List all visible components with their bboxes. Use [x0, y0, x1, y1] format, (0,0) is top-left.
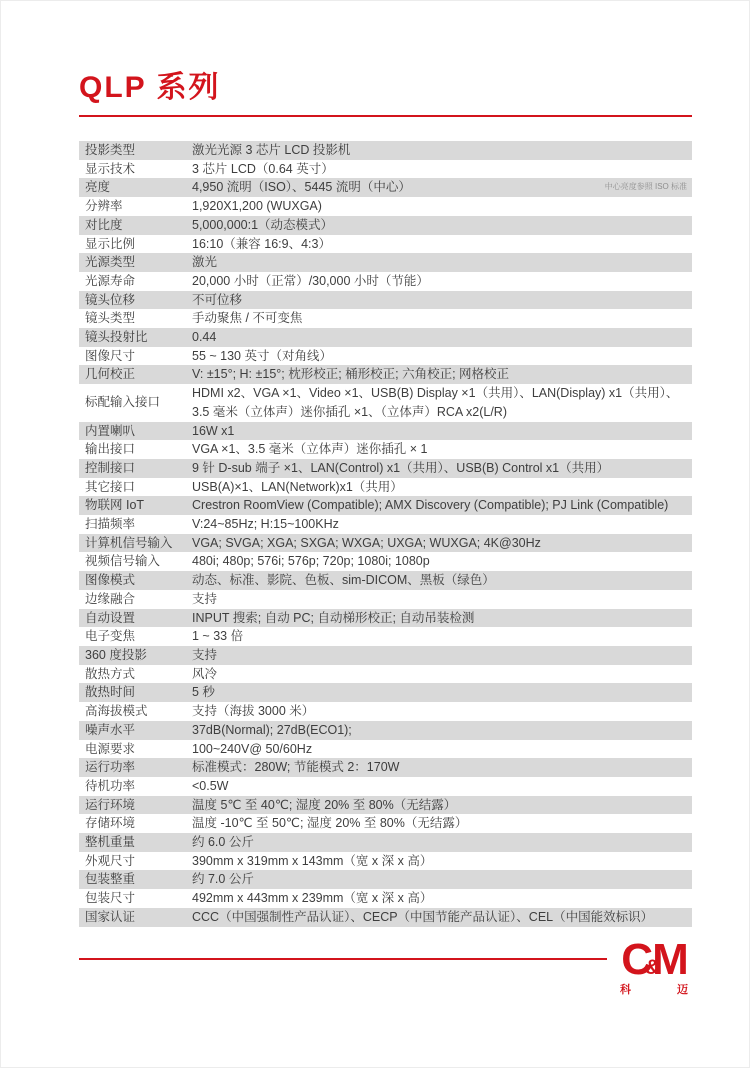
spec-row-label: 内置喇叭	[79, 422, 192, 441]
spec-table-row: 其它接口 USB(A)×1、LAN(Network)x1（共用）	[79, 478, 692, 497]
spec-table-row: 图像尺寸 55 ~ 130 英寸（对角线）	[79, 347, 692, 366]
spec-row-label: 360 度投影	[79, 646, 192, 665]
page-title: QLP 系列	[79, 73, 692, 103]
spec-row-label: 整机重量	[79, 833, 192, 852]
spec-table-row: 电子变焦 1 ~ 33 倍	[79, 627, 692, 646]
spec-row-label: 亮度	[79, 178, 192, 197]
footer: C & M 科 迈	[79, 936, 692, 997]
spec-table-row: 自动设置 INPUT 搜索; 自动 PC; 自动梯形校正; 自动吊装检测	[79, 609, 692, 628]
spec-row-value: 16W x1	[192, 422, 692, 441]
spec-row-value: 5 秒	[192, 683, 692, 702]
spec-table-row: 标配输入接口 HDMI x2、VGA ×1、Video ×1、USB(B) Di…	[79, 384, 692, 421]
spec-row-label: 运行功率	[79, 758, 192, 777]
spec-row-value: 16:10（兼容 16:9、4:3）	[192, 235, 692, 254]
spec-row-value: 温度 5℃ 至 40℃; 湿度 20% 至 80%（无结露）	[192, 796, 692, 815]
spec-row-value: 风冷	[192, 665, 692, 684]
spec-row-label: 控制接口	[79, 459, 192, 478]
spec-table-row: 控制接口 9 针 D-sub 端子 ×1、LAN(Control) x1（共用）…	[79, 459, 692, 478]
spec-row-label: 自动设置	[79, 609, 192, 628]
spec-row-value: 492mm x 443mm x 239mm（宽 x 深 x 高）	[192, 889, 692, 908]
spec-table-row: 几何校正 V: ±15°; H: ±15°; 枕形校正; 桶形校正; 六角校正;…	[79, 365, 692, 384]
spec-row-value: 3 芯片 LCD（0.64 英寸）	[192, 160, 692, 179]
brand-logo: C & M 科 迈	[616, 936, 692, 997]
spec-table-row: 运行功率 标准模式：280W; 节能模式 2：170W	[79, 758, 692, 777]
spec-table-row: 亮度 4,950 流明（ISO）、5445 流明（中心） 中心亮度参照 ISO …	[79, 178, 692, 197]
spec-row-value: 不可位移	[192, 291, 692, 310]
spec-row-value: 1 ~ 33 倍	[192, 627, 692, 646]
spec-table-row: 高海拔模式 支持（海拔 3000 米）	[79, 702, 692, 721]
spec-table-row: 整机重量 约 6.0 公斤	[79, 833, 692, 852]
spec-table-row: 图像模式 动态、标准、影院、色板、sim-DICOM、黑板（绿色）	[79, 571, 692, 590]
spec-row-value: 约 7.0 公斤	[192, 870, 692, 889]
spec-table-row: 显示技术 3 芯片 LCD（0.64 英寸）	[79, 160, 692, 179]
spec-row-value: HDMI x2、VGA ×1、Video ×1、USB(B) Display ×…	[192, 384, 692, 421]
title-divider	[79, 115, 692, 117]
spec-row-value: 激光光源 3 芯片 LCD 投影机	[192, 141, 692, 160]
spec-row-value: V: ±15°; H: ±15°; 枕形校正; 桶形校正; 六角校正; 网格校正	[192, 365, 692, 384]
spec-row-value: 100~240V@ 50/60Hz	[192, 740, 692, 759]
spec-row-value: INPUT 搜索; 自动 PC; 自动梯形校正; 自动吊装检测	[192, 609, 692, 628]
spec-table-row: 待机功率 <0.5W	[79, 777, 692, 796]
spec-row-label: 光源类型	[79, 253, 192, 272]
spec-table-row: 噪声水平 37dB(Normal); 27dB(ECO1);	[79, 721, 692, 740]
spec-row-label: 包装整重	[79, 870, 192, 889]
spec-table-row: 物联网 IoT Crestron RoomView (Compatible); …	[79, 496, 692, 515]
spec-table-row: 对比度 5,000,000:1（动态模式）	[79, 216, 692, 235]
spec-table-row: 镜头投射比 0.44	[79, 328, 692, 347]
spec-row-label: 高海拔模式	[79, 702, 192, 721]
spec-row-value: 约 6.0 公斤	[192, 833, 692, 852]
spec-row-label: 显示技术	[79, 160, 192, 179]
spec-row-label: 镜头类型	[79, 309, 192, 328]
spec-table-row: 包装整重 约 7.0 公斤	[79, 870, 692, 889]
spec-row-label: 显示比例	[79, 235, 192, 254]
spec-table: 投影类型 激光光源 3 芯片 LCD 投影机 显示技术 3 芯片 LCD（0.6…	[79, 141, 692, 927]
spec-row-label: 外观尺寸	[79, 852, 192, 871]
spec-row-label: 视频信号输入	[79, 552, 192, 571]
spec-table-row: 镜头位移 不可位移	[79, 291, 692, 310]
logo-sub-left: 科	[620, 981, 631, 997]
spec-table-row: 光源寿命 20,000 小时（正常）/30,000 小时（节能）	[79, 272, 692, 291]
spec-row-value: <0.5W	[192, 777, 692, 796]
content-area: QLP 系列 投影类型 激光光源 3 芯片 LCD 投影机 显示技术 3 芯片 …	[79, 0, 692, 927]
spec-row-value: 激光	[192, 253, 692, 272]
spec-row-label: 物联网 IoT	[79, 496, 192, 515]
logo-sub-right: 迈	[677, 981, 688, 997]
spec-row-value: 动态、标准、影院、色板、sim-DICOM、黑板（绿色）	[192, 571, 692, 590]
spec-row-label: 散热方式	[79, 665, 192, 684]
spec-row-label: 图像模式	[79, 571, 192, 590]
spec-row-label: 包装尺寸	[79, 889, 192, 908]
spec-row-value: VGA; SVGA; XGA; SXGA; WXGA; UXGA; WUXGA;…	[192, 534, 692, 553]
spec-row-note: 中心亮度参照 ISO 标准	[605, 178, 692, 197]
spec-row-value: CCC（中国强制性产品认证）、CECP（中国节能产品认证）、CEL（中国能效标识…	[192, 908, 692, 927]
spec-row-value: 37dB(Normal); 27dB(ECO1);	[192, 721, 692, 740]
spec-table-row: 输出接口 VGA ×1、3.5 毫米（立体声）迷你插孔 × 1	[79, 440, 692, 459]
spec-table-row: 边缘融合 支持	[79, 590, 692, 609]
spec-row-label: 散热时间	[79, 683, 192, 702]
spec-row-label: 运行环境	[79, 796, 192, 815]
spec-table-row: 显示比例 16:10（兼容 16:9、4:3）	[79, 235, 692, 254]
spec-table-row: 存储环境 温度 -10℃ 至 50℃; 湿度 20% 至 80%（无结露）	[79, 814, 692, 833]
spec-row-value: 480i; 480p; 576i; 576p; 720p; 1080i; 108…	[192, 552, 692, 571]
spec-row-label: 输出接口	[79, 440, 192, 459]
spec-table-row: 散热方式 风冷	[79, 665, 692, 684]
spec-table-row: 视频信号输入 480i; 480p; 576i; 576p; 720p; 108…	[79, 552, 692, 571]
spec-table-row: 镜头类型 手动聚焦 / 不可变焦	[79, 309, 692, 328]
spec-row-value: 温度 -10℃ 至 50℃; 湿度 20% 至 80%（无结露）	[192, 814, 692, 833]
spec-table-row: 投影类型 激光光源 3 芯片 LCD 投影机	[79, 141, 692, 160]
logo-ampersand: &	[645, 959, 658, 978]
spec-row-label: 电子变焦	[79, 627, 192, 646]
spec-row-value: 390mm x 319mm x 143mm（宽 x 深 x 高）	[192, 852, 692, 871]
spec-row-value: 0.44	[192, 328, 692, 347]
spec-row-label: 噪声水平	[79, 721, 192, 740]
spec-row-value: 9 针 D-sub 端子 ×1、LAN(Control) x1（共用）、USB(…	[192, 459, 692, 478]
spec-row-label: 扫描频率	[79, 515, 192, 534]
spec-row-value: 支持	[192, 646, 692, 665]
spec-row-label: 国家认证	[79, 908, 192, 927]
spec-row-label: 存储环境	[79, 814, 192, 833]
footer-divider	[79, 958, 607, 960]
spec-row-label: 光源寿命	[79, 272, 192, 291]
spec-table-row: 分辨率 1,920X1,200 (WUXGA)	[79, 197, 692, 216]
spec-table-row: 包装尺寸 492mm x 443mm x 239mm（宽 x 深 x 高）	[79, 889, 692, 908]
spec-row-value: 标准模式：280W; 节能模式 2：170W	[192, 758, 692, 777]
spec-row-value: 20,000 小时（正常）/30,000 小时（节能）	[192, 272, 692, 291]
spec-row-label: 电源要求	[79, 740, 192, 759]
spec-row-label: 标配输入接口	[79, 393, 192, 412]
spec-row-value: 1,920X1,200 (WUXGA)	[192, 197, 692, 216]
spec-table-row: 运行环境 温度 5℃ 至 40℃; 湿度 20% 至 80%（无结露）	[79, 796, 692, 815]
spec-row-label: 几何校正	[79, 365, 192, 384]
spec-row-label: 投影类型	[79, 141, 192, 160]
spec-row-label: 镜头位移	[79, 291, 192, 310]
spec-row-label: 待机功率	[79, 777, 192, 796]
spec-row-value: USB(A)×1、LAN(Network)x1（共用）	[192, 478, 692, 497]
spec-table-row: 散热时间 5 秒	[79, 683, 692, 702]
spec-table-row: 内置喇叭 16W x1	[79, 422, 692, 441]
spec-table-row: 光源类型 激光	[79, 253, 692, 272]
spec-row-value: 4,950 流明（ISO）、5445 流明（中心）	[192, 178, 605, 197]
spec-sheet-page: QLP 系列 投影类型 激光光源 3 芯片 LCD 投影机 显示技术 3 芯片 …	[0, 0, 750, 1068]
spec-row-value: V:24~85Hz; H:15~100KHz	[192, 515, 692, 534]
spec-table-row: 扫描频率 V:24~85Hz; H:15~100KHz	[79, 515, 692, 534]
spec-row-value: VGA ×1、3.5 毫米（立体声）迷你插孔 × 1	[192, 440, 692, 459]
brand-logo-mark: C & M	[616, 940, 692, 980]
spec-row-label: 计算机信号输入	[79, 534, 192, 553]
spec-table-row: 电源要求 100~240V@ 50/60Hz	[79, 740, 692, 759]
spec-row-value: 手动聚焦 / 不可变焦	[192, 309, 692, 328]
spec-table-row: 360 度投影 支持	[79, 646, 692, 665]
spec-row-label: 对比度	[79, 216, 192, 235]
spec-table-row: 外观尺寸 390mm x 319mm x 143mm（宽 x 深 x 高）	[79, 852, 692, 871]
spec-row-value: 5,000,000:1（动态模式）	[192, 216, 692, 235]
spec-row-label: 分辨率	[79, 197, 192, 216]
spec-row-value: 支持（海拔 3000 米）	[192, 702, 692, 721]
spec-table-row: 国家认证 CCC（中国强制性产品认证）、CECP（中国节能产品认证）、CEL（中…	[79, 908, 692, 927]
spec-row-value: 支持	[192, 590, 692, 609]
spec-table-row: 计算机信号输入 VGA; SVGA; XGA; SXGA; WXGA; UXGA…	[79, 534, 692, 553]
spec-row-value: Crestron RoomView (Compatible); AMX Disc…	[192, 496, 692, 515]
spec-row-value: 55 ~ 130 英寸（对角线）	[192, 347, 692, 366]
spec-row-label: 图像尺寸	[79, 347, 192, 366]
spec-row-label: 其它接口	[79, 478, 192, 497]
spec-row-label: 镜头投射比	[79, 328, 192, 347]
spec-row-label: 边缘融合	[79, 590, 192, 609]
